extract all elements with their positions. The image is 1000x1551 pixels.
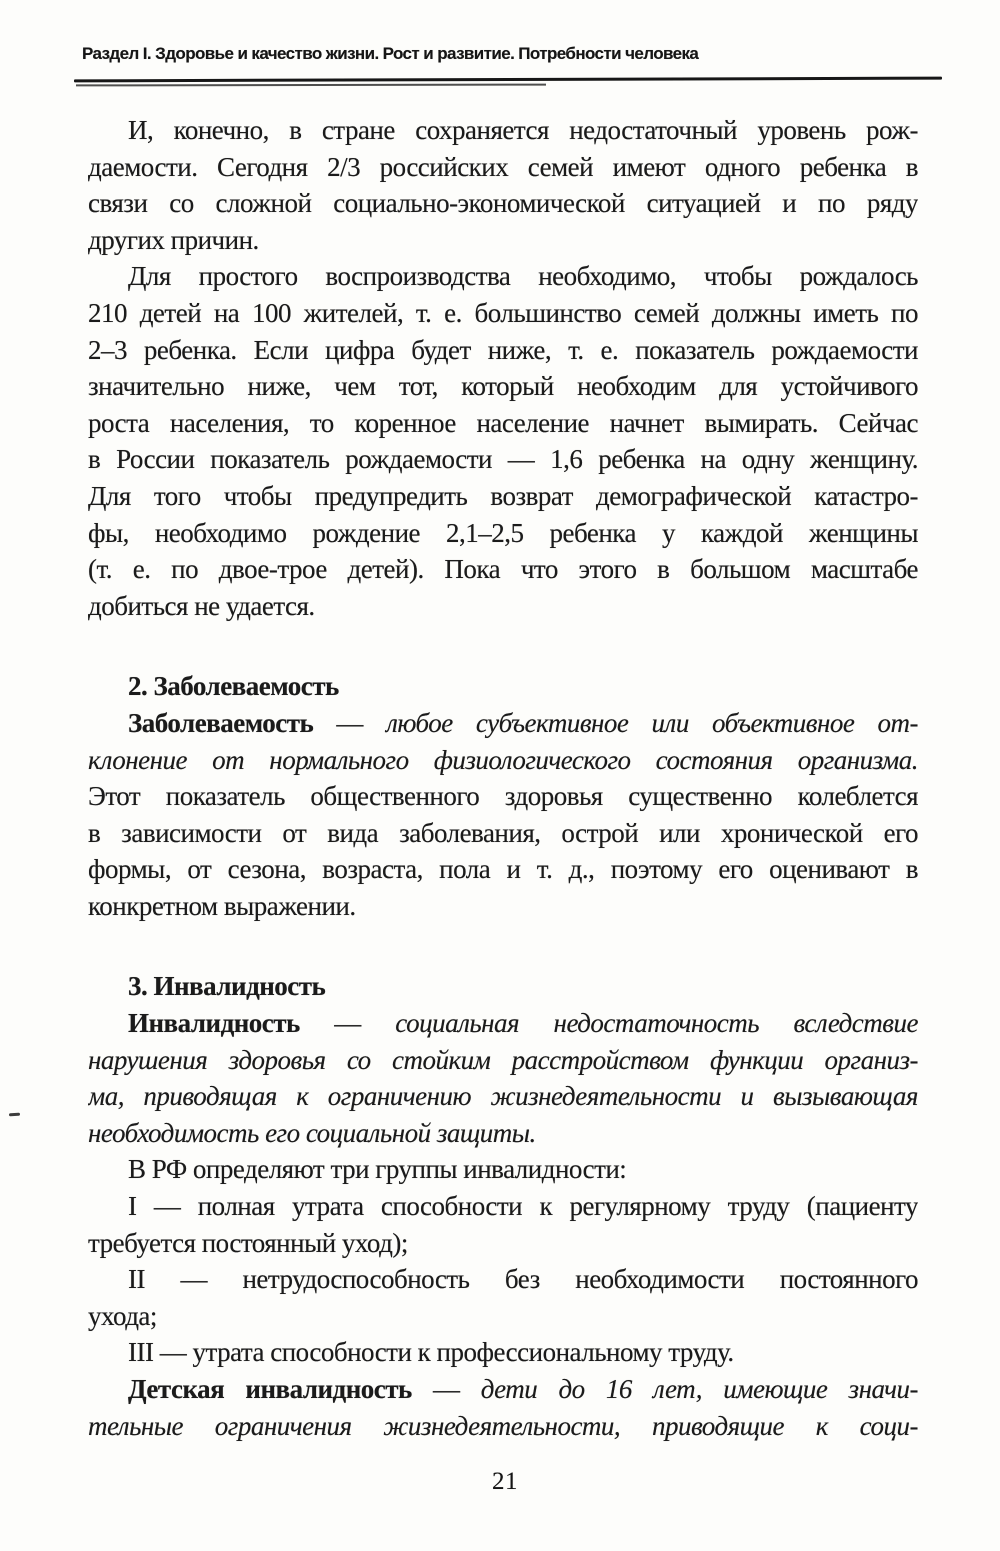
text-segment: Этот показатель общественного здоровья с… <box>88 781 918 811</box>
text-segment: В РФ определяют три группы инвалидности: <box>128 1154 626 1184</box>
text-segment: 210 детей на 100 жителей, т. е. большинс… <box>88 298 918 328</box>
text-line: И, конечно, в стране сохраняется недоста… <box>88 112 918 149</box>
text-line: Заболеваемость — любое субъективное или … <box>88 705 918 742</box>
text-segment: III — утрата способности к профессиональ… <box>128 1337 734 1367</box>
scanned-page: Раздел I. Здоровье и качество жизни. Рос… <box>0 0 1000 1551</box>
text-segment: даемости. Сегодня 2/3 российских семей и… <box>88 152 918 182</box>
text-line: тельные ограничения жизнедеятельности, п… <box>88 1408 918 1445</box>
text-segment: требуется постоянный уход); <box>88 1228 408 1258</box>
text-line: даемости. Сегодня 2/3 российских семей и… <box>88 149 918 186</box>
text-line: Этот показатель общественного здоровья с… <box>88 778 918 815</box>
text-line: 2. Заболеваемость <box>88 668 918 705</box>
text-segment: 2. Заболеваемость <box>128 671 339 701</box>
text-line: добиться не удается. <box>88 588 918 625</box>
text-line: Для того чтобы предупредить возврат демо… <box>88 478 918 515</box>
text-line: в России показатель рождаемости — 1,6 ре… <box>88 441 918 478</box>
text-line: связи со сложной социально-экономической… <box>88 185 918 222</box>
text-segment: связи со сложной социально-экономической… <box>88 188 918 218</box>
text-line: III — утрата способности к профессиональ… <box>88 1334 918 1371</box>
text-line: необходимость его социальной защиты. <box>88 1115 918 1152</box>
text-segment: необходимость его социальной защиты. <box>88 1118 536 1148</box>
section-heading: 2. Заболеваемость <box>88 668 918 705</box>
text-segment: 2–3 ребенка. Если цифра будет ниже, т. е… <box>88 335 918 365</box>
text-segment: нарушения здоровья со стойким расстройст… <box>88 1045 918 1075</box>
text-line: I — полная утрата способности к регулярн… <box>88 1188 918 1225</box>
paragraph: III — утрата способности к профессиональ… <box>88 1334 918 1371</box>
paragraph: II — нетрудоспособность без необходимост… <box>88 1261 918 1334</box>
text-line: 3. Инвалидность <box>88 968 918 1005</box>
text-segment: 3. Инвалидность <box>128 971 325 1001</box>
paragraph: Заболеваемость — любое субъективное или … <box>88 705 918 925</box>
page-body: И, конечно, в стране сохраняется недоста… <box>88 112 918 1444</box>
text-segment: (т. е. по двое-трое детей). Пока что это… <box>88 554 918 584</box>
text-segment: II — нетрудоспособность без необходимост… <box>128 1264 918 1294</box>
text-segment: И, конечно, в стране сохраняется недоста… <box>128 115 918 145</box>
text-segment: Детская инвалидность <box>128 1374 412 1404</box>
text-line: Для простого воспроизводства необходимо,… <box>88 258 918 295</box>
text-line: в зависимости от вида заболевания, остро… <box>88 815 918 852</box>
text-line: Детская инвалидность — дети до 16 лет, и… <box>88 1371 918 1408</box>
section-heading: 3. Инвалидность <box>88 968 918 1005</box>
text-segment: роста населения, то коренное население н… <box>88 408 918 438</box>
text-segment: Для простого воспроизводства необходимо,… <box>128 261 918 291</box>
text-line: нарушения здоровья со стойким расстройст… <box>88 1042 918 1079</box>
paragraph: Детская инвалидность — дети до 16 лет, и… <box>88 1371 918 1444</box>
text-segment: фы, необходимо рождение 2,1–2,5 ребенка … <box>88 518 918 548</box>
paragraph: В РФ определяют три группы инвалидности: <box>88 1151 918 1188</box>
text-segment: клонение от нормального физиологического… <box>88 745 918 775</box>
text-segment: I — полная утрата способности к регулярн… <box>128 1191 918 1221</box>
header-rule-echo <box>76 84 546 87</box>
text-segment: дети до 16 лет, имеющие значи- <box>481 1374 918 1404</box>
text-segment: — <box>300 1008 395 1038</box>
text-segment: — <box>313 708 386 738</box>
paragraph: Для простого воспроизводства необходимо,… <box>88 258 918 624</box>
text-segment: социальная недостаточность вследствие <box>395 1008 918 1038</box>
text-line: клонение от нормального физиологического… <box>88 742 918 779</box>
paragraph: Инвалидность — социальная недостаточност… <box>88 1005 918 1151</box>
page-number: 21 <box>0 1468 1000 1496</box>
text-line: 210 детей на 100 жителей, т. е. большинс… <box>88 295 918 332</box>
text-segment: тельные ограничения жизнедеятельности, п… <box>88 1411 918 1441</box>
running-header: Раздел I. Здоровье и качество жизни. Рос… <box>82 44 942 64</box>
text-line: 2–3 ребенка. Если цифра будет ниже, т. е… <box>88 332 918 369</box>
text-line: конкретном выражении. <box>88 888 918 925</box>
text-line: роста населения, то коренное население н… <box>88 405 918 442</box>
text-line: фы, необходимо рождение 2,1–2,5 ребенка … <box>88 515 918 552</box>
paragraph: I — полная утрата способности к регулярн… <box>88 1188 918 1261</box>
text-segment: любое субъективное или объективное от- <box>386 708 918 738</box>
text-segment: Заболеваемость <box>128 708 313 738</box>
text-segment: формы, от сезона, возраста, пола и т. д.… <box>88 854 918 884</box>
text-segment: конкретном выражении. <box>88 891 356 921</box>
scan-mark <box>9 1113 20 1117</box>
text-segment: ухода; <box>88 1301 157 1331</box>
text-segment: других причин. <box>88 225 259 255</box>
header-rule <box>74 77 942 83</box>
text-line: В РФ определяют три группы инвалидности: <box>88 1151 918 1188</box>
text-line: других причин. <box>88 222 918 259</box>
text-segment: Для того чтобы предупредить возврат демо… <box>88 481 918 511</box>
text-segment: — <box>412 1374 481 1404</box>
text-segment: добиться не удается. <box>88 591 315 621</box>
text-segment: Инвалидность <box>128 1008 300 1038</box>
text-line: ма, приводящая к ограничению жизнедеятел… <box>88 1078 918 1115</box>
paragraph: И, конечно, в стране сохраняется недоста… <box>88 112 918 258</box>
text-line: значительно ниже, чем тот, который необх… <box>88 368 918 405</box>
text-line: (т. е. по двое-трое детей). Пока что это… <box>88 551 918 588</box>
text-line: формы, от сезона, возраста, пола и т. д.… <box>88 851 918 888</box>
text-segment: ма, приводящая к ограничению жизнедеятел… <box>88 1081 918 1111</box>
text-line: требуется постоянный уход); <box>88 1225 918 1262</box>
text-line: II — нетрудоспособность без необходимост… <box>88 1261 918 1298</box>
text-line: Инвалидность — социальная недостаточност… <box>88 1005 918 1042</box>
text-segment: в России показатель рождаемости — 1,6 ре… <box>88 444 918 474</box>
text-segment: в зависимости от вида заболевания, остро… <box>88 818 918 848</box>
text-segment: значительно ниже, чем тот, который необх… <box>88 371 918 401</box>
text-line: ухода; <box>88 1298 918 1335</box>
